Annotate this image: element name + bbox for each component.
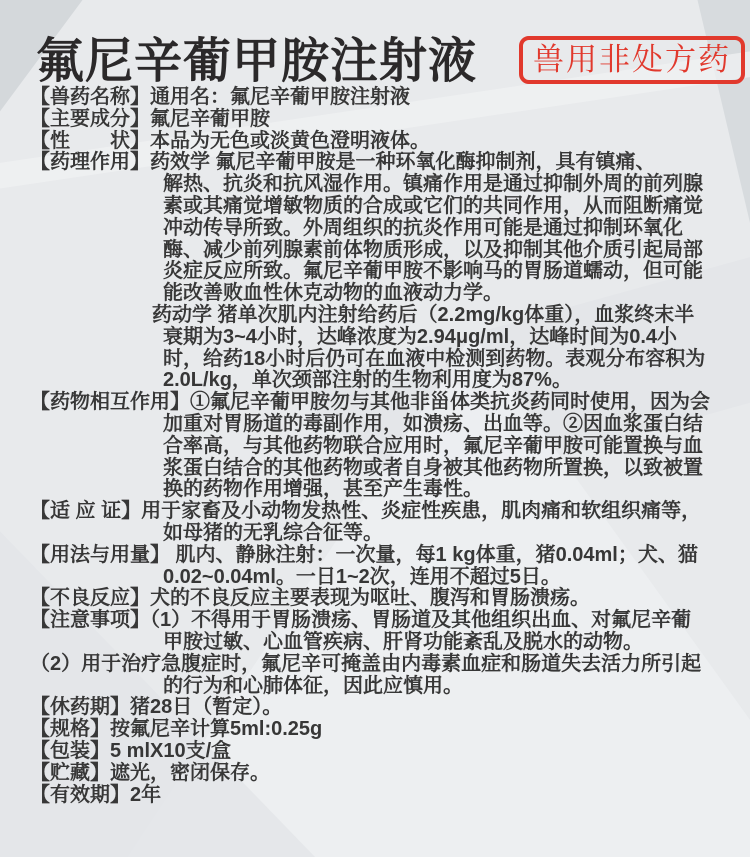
text-line: 时，给药18小时后仍可在血液中检测到药物。表观分布容积为 (30, 349, 740, 371)
text-line: 酶、减少前列腺素前体物质形成，以及抑制其他介质引起局部 (30, 240, 740, 262)
text-line: 冲动传导所致。外周组织的抗炎作用可能是通过抑制环氧化 (30, 218, 740, 240)
text-line: 素或其痛觉增敏物质的合成或它们的共同作用，从而阻断痛觉 (30, 196, 740, 218)
text-line: 甲胺过敏、心血管疾病、肝肾功能紊乱及脱水的动物。 (30, 632, 740, 654)
text-line: 【休药期】猪28日（暂定）。 (30, 697, 740, 719)
text-line: 炎症反应所致。氟尼辛葡甲胺不影响马的胃肠道蠕动，但可能 (30, 261, 740, 283)
text-line: 解热、抗炎和抗风湿作用。镇痛作用是通过抑制外周的前列腺 (30, 174, 740, 196)
text-line: 【性 状】本品为无色或淡黄色澄明液体。 (30, 131, 740, 153)
text-line: 加重对胃肠道的毒副作用，如溃疡、出血等。②因血浆蛋白结 (30, 414, 740, 436)
text-line: 【不良反应】犬的不良反应主要表现为呕吐、腹泻和胃肠溃疡。 (30, 588, 740, 610)
text-line: 的行为和心肺体征，因此应慎用。 (30, 676, 740, 698)
text-line: 如母猪的无乳综合征等。 (30, 523, 740, 545)
drug-label-page: 氟尼辛葡甲胺注射液 兽用非处方药 【兽药名称】通用名：氟尼辛葡甲胺注射液【主要成… (0, 0, 750, 857)
otc-veterinary-badge: 兽用非处方药 (519, 36, 745, 84)
text-line: 【主要成分】氟尼辛葡甲胺 (30, 109, 740, 131)
body-text: 【兽药名称】通用名：氟尼辛葡甲胺注射液【主要成分】氟尼辛葡甲胺【性 状】本品为无… (30, 87, 740, 806)
text-line: 换的药物作用增强，甚至产生毒性。 (30, 479, 740, 501)
text-line: 【药物相互作用】①氟尼辛葡甲胺勿与其他非甾体类抗炎药同时使用，因为会 (30, 392, 740, 414)
text-line: 【有效期】2年 (30, 785, 740, 807)
text-line: 【药理作用】药效学 氟尼辛葡甲胺是一种环氧化酶抑制剂，具有镇痛、 (30, 152, 740, 174)
text-line: 【注意事项】（1）不得用于胃肠溃疡、胃肠道及其他组织出血、对氟尼辛葡 (30, 610, 740, 632)
text-line: （2）用于治疗急腹症时，氟尼辛可掩盖由内毒素血症和肠道失去活力所引起 (30, 654, 740, 676)
text-line: 0.02~0.04ml。一日1~2次，连用不超过5日。 (30, 567, 740, 589)
page-title: 氟尼辛葡甲胺注射液 (36, 22, 477, 91)
text-line: 【包装】5 mlX10支/盒 (30, 741, 740, 763)
text-line: 药动学 猪单次肌内注射给药后（2.2mg/kg体重），血浆终末半 (30, 305, 740, 327)
text-line: 【适 应 证】用于家畜及小动物发热性、炎症性疾患，肌肉痛和软组织痛等， (30, 501, 740, 523)
text-line: 浆蛋白结合的其他药物或者自身被其他药物所置换，以致被置 (30, 458, 740, 480)
text-line: 【贮藏】遮光，密闭保存。 (30, 763, 740, 785)
text-line: 能改善败血性休克动物的血液动力学。 (30, 283, 740, 305)
text-line: 【用法与用量】 肌内、静脉注射：一次量，每1 kg体重，猪0.04ml；犬、猫 (30, 545, 740, 567)
text-line: 合率高，与其他药物联合应用时，氟尼辛葡甲胺可能置换与血 (30, 436, 740, 458)
text-line: 衰期为3~4小时，达峰浓度为2.94μg/ml，达峰时间为0.4小 (30, 327, 740, 349)
text-line: 2.0L/kg，单次颈部注射的生物利用度为87%。 (30, 370, 740, 392)
text-line: 【规格】按氟尼辛计算5ml:0.25g (30, 719, 740, 741)
